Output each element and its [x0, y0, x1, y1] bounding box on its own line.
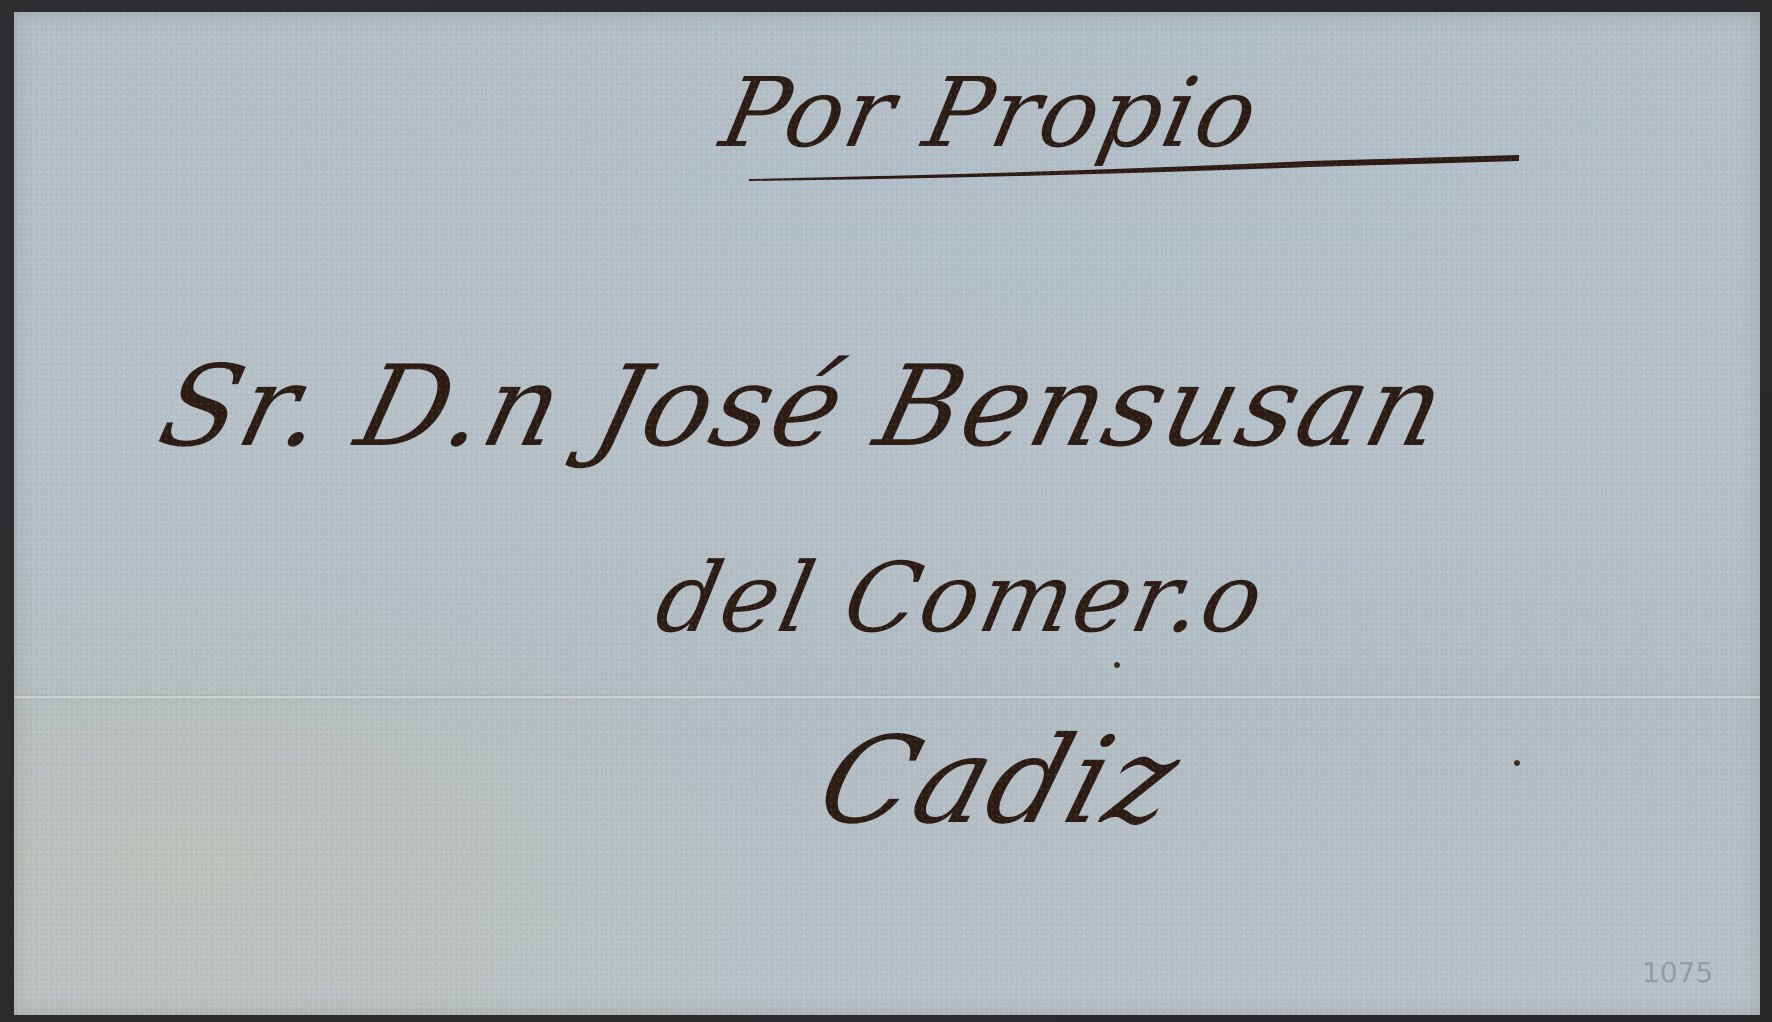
fold-crease	[14, 695, 1760, 699]
addressee-name: Sr. D.n José Bensusan	[148, 342, 1459, 472]
destination-city: Cadiz	[804, 712, 1196, 851]
ink-dot	[1514, 760, 1520, 766]
pencil-notation: 1075	[1642, 956, 1713, 989]
addressee-company: del Comer.o	[647, 542, 1275, 654]
letter-cover: Por Propio Sr. D.n José Bensusan del Com…	[14, 12, 1760, 1015]
ink-dot	[1114, 662, 1120, 668]
routing-note-underline	[749, 147, 1519, 187]
